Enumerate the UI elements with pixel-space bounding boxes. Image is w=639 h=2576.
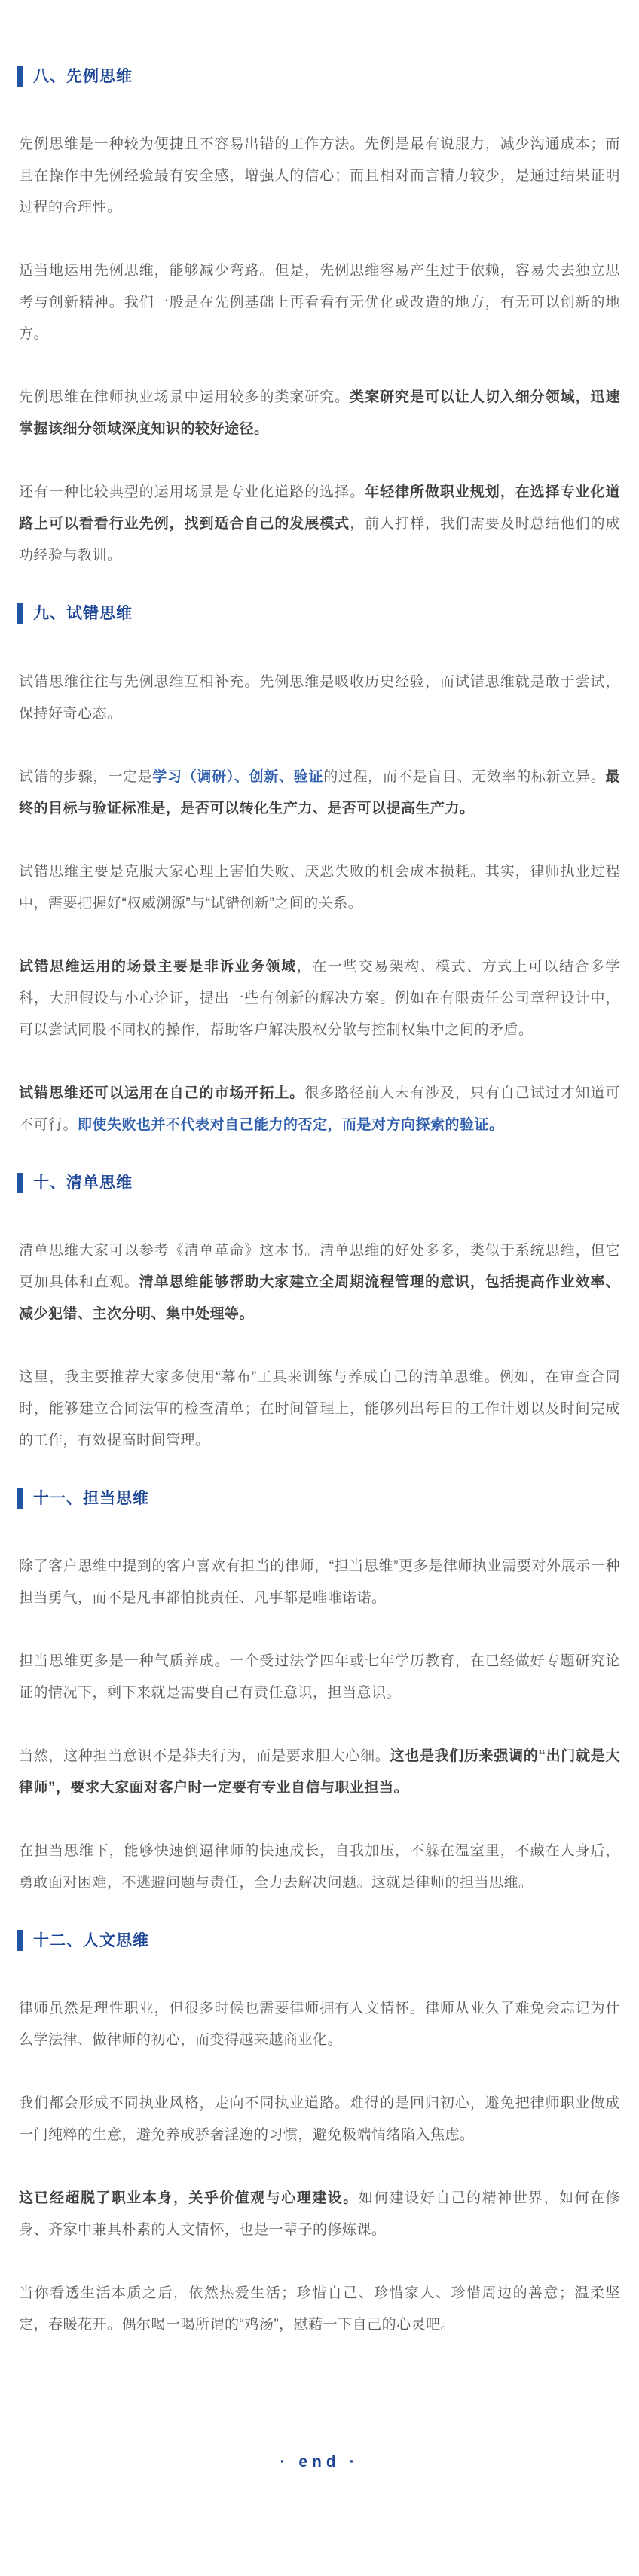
paragraph: 还有一种比较典型的运用场景是专业化道路的选择。年轻律所做职业规划，在选择专业化道… — [19, 477, 620, 572]
text-run: 即使失败也并不代表对自己能力的否定，而是对方向探索的验证。 — [78, 1117, 504, 1133]
section: 九、试错思维试错思维往往与先例思维互相补充。先例思维是吸收历史经验，而试错思维就… — [0, 603, 639, 1140]
text-run: 试错思维运用的场景主要是非诉业务领域 — [19, 959, 297, 975]
text-run: 试错的步骤，一定是 — [19, 769, 152, 785]
section: 十、清单思维清单思维大家可以参考《清单革命》这本书。清单思维的好处多多，类似于系… — [0, 1173, 639, 1457]
paragraph: 试错思维往往与先例思维互相补充。先例思维是吸收历史经验，而试错思维就是敢于尝试，… — [19, 667, 620, 730]
end-marker: · end · — [0, 2451, 639, 2474]
text-run: 担当思维更多是一种气质养成。一个受过法学四年或七年学历教育，在已经做好专题研究论… — [19, 1653, 620, 1701]
paragraph: 清单思维大家可以参考《清单革命》这本书。清单思维的好处多多，类似于系统思维，但它… — [19, 1235, 620, 1330]
paragraph: 试错思维主要是克服大家心理上害怕失败、厌恶失败的机会成本损耗。其实，律师执业过程… — [19, 856, 620, 920]
section: 十一、担当思维除了客户思维中提到的客户喜欢有担当的律师，“担当思维”更多是律师执… — [0, 1488, 639, 1899]
text-run: 先例思维在律师执业场景中运用较多的类案研究。 — [19, 389, 350, 405]
paragraph: 试错思维运用的场景主要是非诉业务领域，在一些交易架构、模式、方式上可以结合多学科… — [19, 951, 620, 1046]
text-run: 在担当思维下，能够快速倒逼律师的快速成长，自我加压，不躲在温室里，不藏在人身后，… — [19, 1843, 620, 1891]
paragraph: 先例思维在律师执业场景中运用较多的类案研究。类案研究是可以让人切入细分领域，迅速… — [19, 382, 620, 445]
text-run: 这里，我主要推荐大家多使用“幕布”工具来训练与养成自己的清单思维。例如，在审查合… — [19, 1369, 620, 1448]
section-heading: 十一、担当思维 — [17, 1488, 622, 1509]
heading-accent-bar — [17, 1930, 23, 1951]
paragraph: 先例思维是一种较为便捷且不容易出错的工作方法。先例是最有说服力，减少沟通成本；而… — [19, 129, 620, 224]
section-heading-text: 八、先例思维 — [33, 66, 133, 87]
paragraph: 这已经超脱了职业本身，关乎价值观与心理建设。如何建设好自己的精神世界，如何在修身… — [19, 2183, 620, 2246]
section-heading: 八、先例思维 — [17, 66, 622, 87]
section-heading-text: 十二、人文思维 — [33, 1930, 149, 1951]
text-run: 试错思维主要是克服大家心理上害怕失败、厌恶失败的机会成本损耗。其实，律师执业过程… — [19, 864, 620, 911]
text-run: 的过程，而不是盲目、无效率的标新立异。 — [323, 769, 605, 785]
text-run: 这已经超脱了职业本身，关乎价值观与心理建设。 — [19, 2190, 359, 2206]
heading-accent-bar — [17, 1173, 23, 1193]
text-run: 适当地运用先例思维，能够减少弯路。但是，先例思维容易产生过于依赖，容易失去独立思… — [19, 263, 620, 342]
section-heading-text: 十一、担当思维 — [33, 1488, 149, 1509]
paragraph: 当然，这种担当意识不是莽夫行为，而是要求胆大心细。这也是我们历来强调的“出门就是… — [19, 1741, 620, 1804]
text-run: 当然，这种担当意识不是莽夫行为，而是要求胆大心细。 — [19, 1748, 390, 1764]
section-heading-text: 十、清单思维 — [33, 1173, 133, 1193]
paragraph: 律师虽然是理性职业，但很多时候也需要律师拥有人文情怀。律师从业久了难免会忘记为什… — [19, 1993, 620, 2056]
paragraph: 我们都会形成不同执业风格，走向不同执业道路。难得的是回归初心，避免把律师职业做成… — [19, 2088, 620, 2151]
text-run: 除了客户思维中提到的客户喜欢有担当的律师，“担当思维”更多是律师执业需要对外展示… — [19, 1558, 620, 1606]
article-root: 八、先例思维先例思维是一种较为便捷且不容易出错的工作方法。先例是最有说服力，减少… — [0, 0, 639, 2418]
paragraph: 担当思维更多是一种气质养成。一个受过法学四年或七年学历教育，在已经做好专题研究论… — [19, 1646, 620, 1709]
paragraph: 试错的步骤，一定是学习（调研）、创新、验证的过程，而不是盲目、无效率的标新立异。… — [19, 762, 620, 825]
text-run: 试错思维还可以运用在自己的市场开拓上。 — [19, 1085, 304, 1101]
section-heading: 十二、人文思维 — [17, 1930, 622, 1951]
heading-accent-bar — [17, 603, 23, 624]
paragraph: 适当地运用先例思维，能够减少弯路。但是，先例思维容易产生过于依赖，容易失去独立思… — [19, 255, 620, 350]
paragraph: 试错思维还可以运用在自己的市场开拓上。很多路径前人未有涉及，只有自己试过才知道可… — [19, 1078, 620, 1141]
text-run: 律师虽然是理性职业，但很多时候也需要律师拥有人文情怀。律师从业久了难免会忘记为什… — [19, 2001, 620, 2048]
section: 八、先例思维先例思维是一种较为便捷且不容易出错的工作方法。先例是最有说服力，减少… — [0, 66, 639, 572]
paragraph: 这里，我主要推荐大家多使用“幕布”工具来训练与养成自己的清单思维。例如，在审查合… — [19, 1362, 620, 1457]
paragraph: 当你看透生活本质之后，依然热爱生活；珍惜自己、珍惜家人、珍惜周边的善意；温柔坚定… — [19, 2278, 620, 2341]
heading-accent-bar — [17, 66, 23, 87]
section-heading: 九、试错思维 — [17, 603, 622, 624]
paragraph: 在担当思维下，能够快速倒逼律师的快速成长，自我加压，不躲在温室里，不藏在人身后，… — [19, 1836, 620, 1899]
section: 十二、人文思维律师虽然是理性职业，但很多时候也需要律师拥有人文情怀。律师从业久了… — [0, 1930, 639, 2341]
section-heading-text: 九、试错思维 — [33, 603, 133, 624]
text-run: 先例思维是一种较为便捷且不容易出错的工作方法。先例是最有说服力，减少沟通成本；而… — [19, 136, 620, 215]
text-run: 学习（调研）、创新、验证 — [152, 769, 323, 785]
text-run: 试错思维往往与先例思维互相补充。先例思维是吸收历史经验，而试错思维就是敢于尝试，… — [19, 674, 620, 722]
paragraph: 除了客户思维中提到的客户喜欢有担当的律师，“担当思维”更多是律师执业需要对外展示… — [19, 1551, 620, 1614]
section-heading: 十、清单思维 — [17, 1173, 622, 1193]
text-run: 当你看透生活本质之后，依然热爱生活；珍惜自己、珍惜家人、珍惜周边的善意；温柔坚定… — [19, 2285, 620, 2333]
heading-accent-bar — [17, 1488, 23, 1509]
text-run: 我们都会形成不同执业风格，走向不同执业道路。难得的是回归初心，避免把律师职业做成… — [19, 2095, 620, 2143]
text-run: 还有一种比较典型的运用场景是专业化道路的选择。 — [19, 484, 365, 500]
